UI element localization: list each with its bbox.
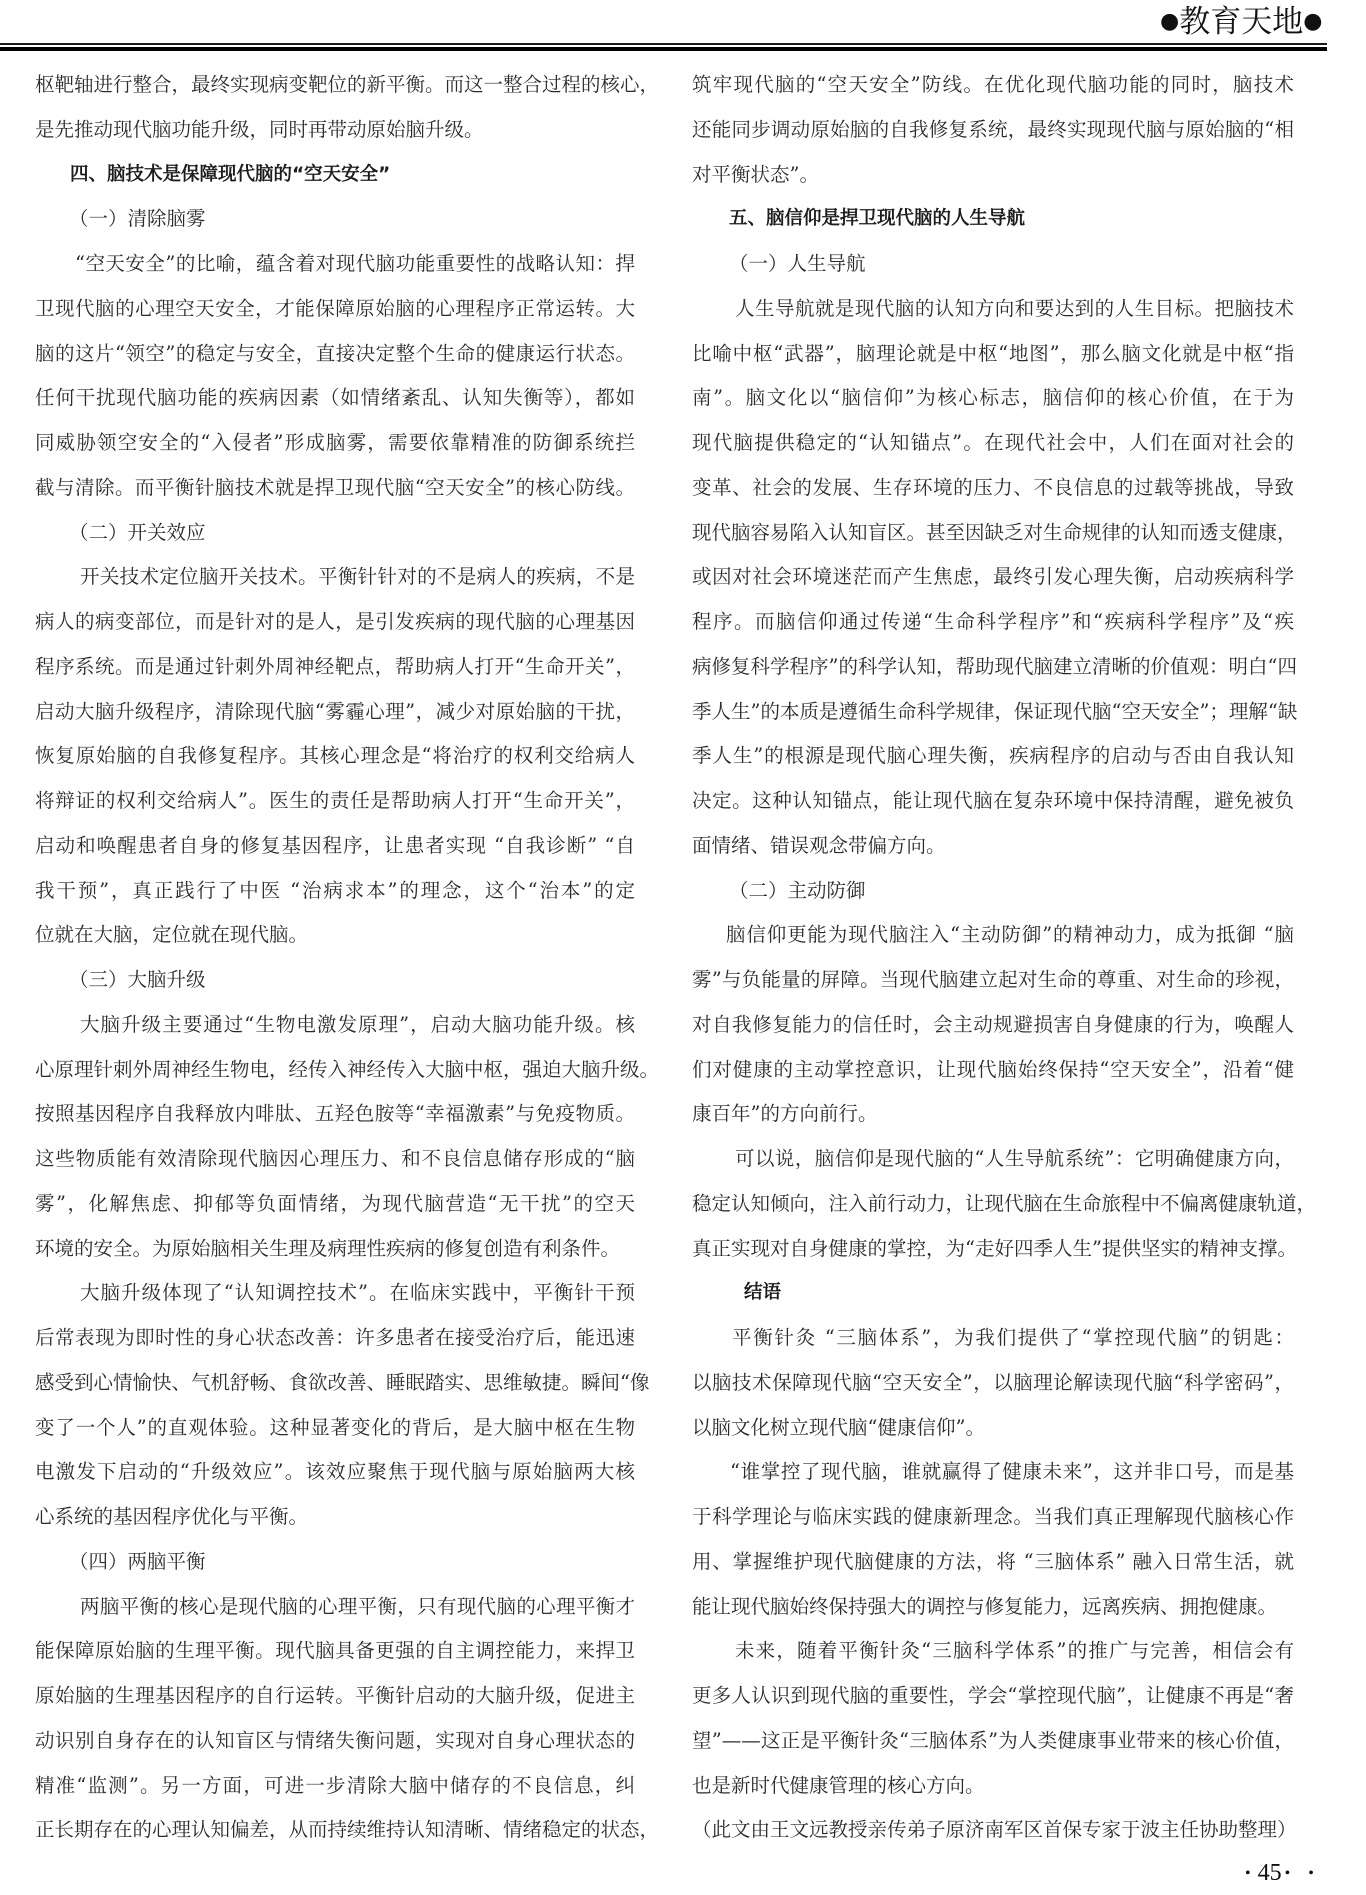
text-line: 程序系统。而是通过针刺外周神经靶点，帮助病人打开“生命开关”，	[35, 645, 635, 689]
text-line: 位就在大脑，定位就在现代脑。	[35, 913, 308, 957]
text-line: 南”。脑文化以“脑信仰”为核心标志，脑信仰的核心价值，在于为	[692, 376, 1294, 420]
text-line: 精准“监测”。另一方面，可进一步清除大脑中储存的不良信息，纠	[35, 1764, 635, 1808]
bullet-icon: ●	[1303, 9, 1322, 34]
text-line: 截与清除。而平衡针脑技术就是捍卫现代脑“空天安全”的核心防线。	[35, 466, 635, 510]
text-line: 人生导航就是现代脑的认知方向和要达到的人生目标。把脑技术	[735, 287, 1294, 331]
text-line: 能让现代脑始终保持强大的调控与修复能力，远离疾病、拥抱健康。	[692, 1585, 1277, 1629]
text-line: 或因对社会环境迷茫而产生焦虑，最终引发心理失衡，启动疾病科学	[692, 555, 1294, 599]
text-line: 这些物质能有效清除现代脑因心理压力、和不良信息储存形成的“脑	[35, 1137, 635, 1181]
text-line: 变革、社会的发展、生存环境的压力、不良信息的过载等挑战，导致	[692, 466, 1294, 510]
subsection-heading: （一）清除脑雾	[69, 197, 206, 241]
text-line: 心原理针刺外周神经生物电，经传入神经传入大脑中枢，强迫大脑升级。	[35, 1048, 635, 1092]
text-line: 卫现代脑的心理空天安全，才能保障原始脑的心理程序正常运转。大	[35, 287, 635, 331]
text-line: 能保障原始脑的生理平衡。现代脑具备更强的自主调控能力，来捍卫	[35, 1629, 635, 1673]
subsection-heading: （二）主动防御	[729, 869, 866, 913]
text-line: 启动大脑升级程序，清除现代脑“雾霾心理”，减少对原始脑的干扰，	[35, 690, 635, 734]
text-line: 稳定认知倾向，注入前行动力，让现代脑在生命旅程中不偏离健康轨道，	[692, 1182, 1294, 1226]
text-line: 我干预”，真正践行了中医 “治病求本”的理念，这个“治本”的定	[35, 869, 635, 913]
text-line: 同威胁领空安全的“入侵者”形成脑雾，需要依靠精准的防御系统拦	[35, 421, 635, 465]
text-line: 康百年”的方向前行。	[692, 1092, 877, 1136]
text-line: 以脑技术保障现代脑“空天安全”，以脑理论解读现代脑“科学密码”，	[692, 1361, 1294, 1405]
text-line: 用、掌握维护现代脑健康的方法，将 “三脑体系” 融入日常生活，就	[692, 1540, 1294, 1584]
text-line: 对自我修复能力的信任时，会主动规避损害自身健康的行为，唤醒人	[692, 1003, 1294, 1047]
text-line: 更多人认识到现代脑的重要性，学会“掌控现代脑”，让健康不再是“奢	[692, 1674, 1294, 1718]
text-line: 心系统的基因程序优化与平衡。	[35, 1495, 308, 1539]
text-line: 脑的这片“领空”的稳定与安全，直接决定整个生命的健康运行状态。	[35, 332, 635, 376]
text-line: 后常表现为即时性的身心状态改善：许多患者在接受治疗后，能迅速	[35, 1316, 635, 1360]
text-line: 季人生”的本质是遵循生命科学规律，保证现代脑“空天安全”；理解“缺	[692, 690, 1294, 734]
text-line: 开关技术定位脑开关技术。平衡针针对的不是病人的疾病，不是	[80, 555, 635, 599]
text-line: 程序。而脑信仰通过传递“生命科学程序”和“疾病科学程序”及“疾	[692, 600, 1294, 644]
text-line: 望”——这正是平衡针灸“三脑体系”为人类健康事业带来的核心价值，	[692, 1719, 1294, 1763]
text-line: “空天安全”的比喻，蕴含着对现代脑功能重要性的战略认知：捍	[75, 242, 635, 286]
text-line: 大脑升级体现了“认知调控技术”。在临床实践中，平衡针干预	[80, 1271, 635, 1315]
section-title: ●教育天地●	[1160, 4, 1340, 40]
footer-dot: •	[1245, 1865, 1251, 1882]
text-line: 真正实现对自身健康的掌控，为“走好四季人生”提供坚实的精神支撑。	[692, 1227, 1294, 1271]
text-line: 于科学理论与临床实践的健康新理念。当我们真正理解现代脑核心作	[692, 1495, 1294, 1539]
text-line: 环境的安全。为原始脑相关生理及病理性疾病的修复创造有利条件。	[35, 1227, 620, 1271]
text-line: 以脑文化树立现代脑“健康信仰”。	[692, 1406, 985, 1450]
subsection-heading: （三）大脑升级	[69, 958, 206, 1002]
text-line: 还能同步调动原始脑的自我修复系统，最终实现现代脑与原始脑的“相	[692, 108, 1294, 152]
text-line: 正长期存在的心理认知偏差，从而持续维持认知清晰、情绪稳定的状态，	[35, 1808, 635, 1852]
text-line: 平衡针灸 “三脑体系”，为我们提供了“掌控现代脑”的钥匙：	[732, 1316, 1294, 1360]
text-line: 任何干扰现代脑功能的疾病因素（如情绪紊乱、认知失衡等），都如	[35, 376, 635, 420]
text-line: 大脑升级主要通过“生物电激发原理”，启动大脑功能升级。核	[80, 1003, 635, 1047]
text-line: 是先推动现代脑功能升级，同时再带动原始脑升级。	[35, 108, 484, 152]
subsection-heading: （二）开关效应	[69, 511, 206, 555]
text-line: 电激发下启动的“升级效应”。该效应聚焦于现代脑与原始脑两大核	[35, 1450, 635, 1494]
text-line: 面情绪、错误观念带偏方向。	[692, 824, 946, 868]
text-line: 对平衡状态”。	[692, 153, 819, 197]
text-line: 感受到心情愉快、气机舒畅、食欲改善、睡眠踏实、思维敏捷。瞬间“像	[35, 1361, 635, 1405]
text-line: 动识别自身存在的认知盲区与情绪失衡问题，实现对自身心理状态的	[35, 1719, 635, 1763]
bullet-icon: ●	[1160, 9, 1179, 34]
text-line: 们对健康的主动掌控意识，让现代脑始终保持“空天安全”，沿着“健	[692, 1048, 1294, 1092]
header-rule-thin	[0, 43, 1327, 45]
text-line: 将辩证的权利交给病人”。医生的责任是帮助病人打开“生命开关”，	[35, 779, 635, 823]
text-line: 季人生”的根源是现代脑心理失衡，疾病程序的启动与否由自我认知	[692, 734, 1294, 778]
text-line: 病人的病变部位，而是针对的是人，是引发疾病的现代脑的心理基因	[35, 600, 635, 644]
section-heading: 四、脑技术是保障现代脑的“空天安全”	[70, 153, 390, 197]
text-line: 恢复原始脑的自我修复程序。其核心理念是“将治疗的权利交给病人	[35, 734, 635, 778]
text-line: “谁掌控了现代脑，谁就赢得了健康未来”，这并非口号，而是基	[730, 1450, 1294, 1494]
text-line: 比喻中枢“武器”，脑理论就是中枢“地图”，那么脑文化就是中枢“指	[692, 332, 1294, 376]
page-footer: •45••	[1236, 1858, 1323, 1888]
text-line: （此文由王文远教授亲传弟子原济南军区首保专家于波主任协助整理）	[692, 1808, 1294, 1852]
text-line: 启动和唤醒患者自身的修复基因程序，让患者实现 “自我诊断” “自	[35, 824, 635, 868]
text-line: 原始脑的生理基因程序的自行运转。平衡针启动的大脑升级，促进主	[35, 1674, 635, 1718]
text-line: 现代脑容易陷入认知盲区。甚至因缺乏对生命规律的认知而透支健康，	[692, 511, 1294, 555]
text-line: 枢靶轴进行整合，最终实现病变靶位的新平衡。而这一整合过程的核心，	[35, 63, 635, 107]
subsection-heading: （一）人生导航	[729, 242, 866, 286]
text-line: 脑信仰更能为现代脑注入“主动防御”的精神动力，成为抵御 “脑	[726, 913, 1294, 957]
section-title-text: 教育天地	[1179, 4, 1303, 40]
section-heading: 五、脑信仰是捍卫现代脑的人生导航	[729, 197, 1025, 241]
text-line: 未来，随着平衡针灸“三脑科学体系”的推广与完善，相信会有	[735, 1629, 1294, 1673]
text-line: 雾”与负能量的屏障。当现代脑建立起对生命的尊重、对生命的珍视，	[692, 958, 1294, 1002]
subsection-heading: （四）两脑平衡	[69, 1540, 206, 1584]
text-line: 决定。这种认知锚点，能让现代脑在复杂环境中保持清醒，避免被负	[692, 779, 1294, 823]
footer-dot: •	[1308, 1865, 1314, 1882]
text-line: 也是新时代健康管理的核心方向。	[692, 1764, 985, 1808]
text-line: 可以说，脑信仰是现代脑的“人生导航系统”：它明确健康方向，	[735, 1137, 1294, 1181]
section-heading: 结语	[744, 1271, 781, 1315]
text-line: 变了一个人”的直观体验。这种显著变化的背后，是大脑中枢在生物	[35, 1406, 635, 1450]
text-line: 病修复科学程序”的科学认知，帮助现代脑建立清晰的价值观：明白“四	[692, 645, 1294, 689]
header-rule-thick	[0, 47, 1327, 51]
text-line: 雾”，化解焦虑、抑郁等负面情绪，为现代脑营造“无干扰”的空天	[35, 1182, 635, 1226]
text-line: 现代脑提供稳定的“认知锚点”。在现代社会中，人们在面对社会的	[692, 421, 1294, 465]
text-line: 筑牢现代脑的“空天安全”防线。在优化现代脑功能的同时，脑技术	[692, 63, 1294, 107]
page-number: 45	[1258, 1860, 1282, 1886]
text-line: 按照基因程序自我释放内啡肽、五羟色胺等“幸福激素”与免疫物质。	[35, 1092, 635, 1136]
footer-dot: •	[1285, 1865, 1291, 1882]
text-line: 两脑平衡的核心是现代脑的心理平衡，只有现代脑的心理平衡才	[80, 1585, 635, 1629]
